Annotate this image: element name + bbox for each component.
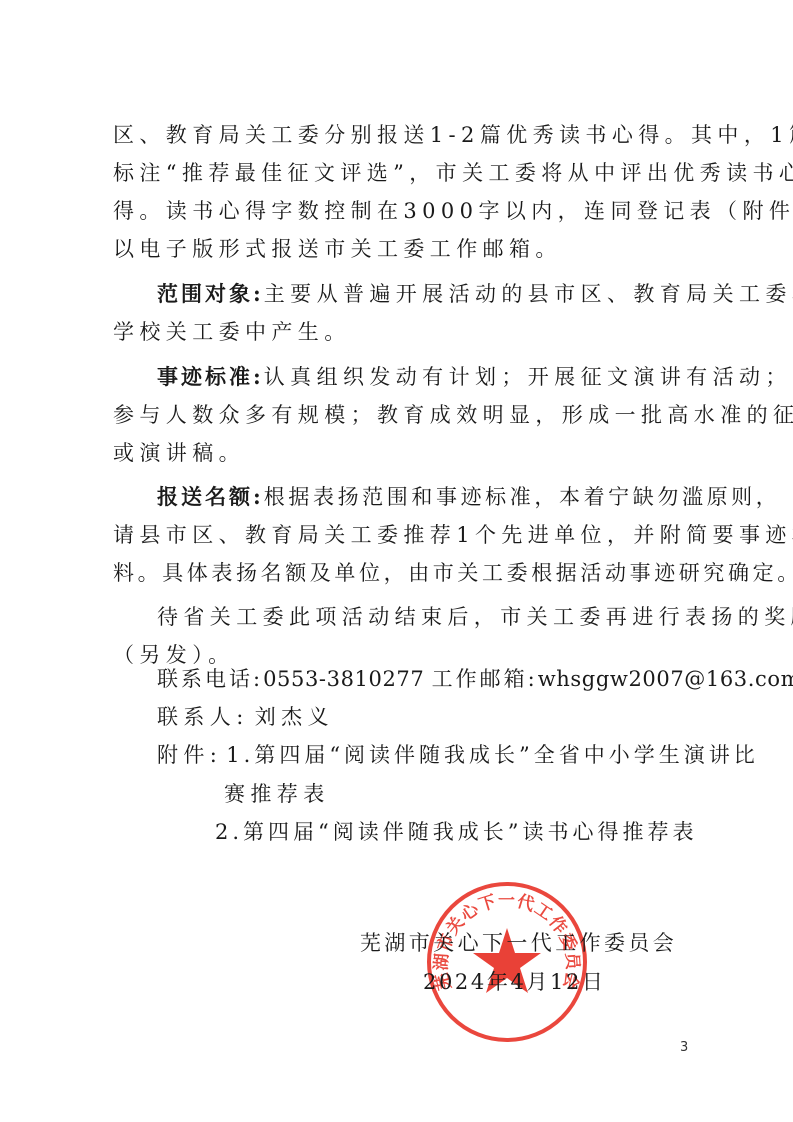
attachments-line: 附件:1.第四届“阅读伴随我成长”全省中小学生演讲比 <box>157 742 737 768</box>
person-label: 联系人: <box>157 705 249 729</box>
attachments-label: 附件: <box>157 743 222 767</box>
quota-text: 根据表扬范围和事迹标准，本着宁缺勿滥原则， <box>264 485 781 509</box>
phone-number: 0553-3810277 <box>263 667 424 691</box>
official-seal-icon: 芜湖市关心下一代工作委员会 <box>425 880 589 1044</box>
person-name: 刘杰义 <box>255 705 334 729</box>
email-label: 工作邮箱: <box>432 667 538 691</box>
attachment-item-1-cont: 赛推荐表 <box>224 781 793 807</box>
criteria-label: 事迹标准: <box>157 364 264 389</box>
quota-paragraph: 报送名额:根据表扬范围和事迹标准，本着宁缺勿滥原则， <box>157 484 737 510</box>
body-line: 以电子版形式报送市关工委工作邮箱。 <box>113 236 693 262</box>
scope-paragraph: 范围对象:主要从普遍开展活动的县市区、教育局关工委、 <box>157 281 737 307</box>
signature-date: 2024年4月12日 <box>423 969 606 995</box>
body-line: 或演讲稿。 <box>113 440 693 466</box>
page-number: 3 <box>680 1040 688 1055</box>
criteria-paragraph: 事迹标准:认真组织发动有计划；开展征文演讲有活动； <box>157 364 737 390</box>
signature-org: 芜湖市关心下一代工作委员会 <box>360 930 677 956</box>
body-line: 得。读书心得字数控制在3000字以内，连同登记表（附件2）， <box>113 198 693 224</box>
attachment-item-2: 2.第四届“阅读伴随我成长”读书心得推荐表 <box>215 819 793 845</box>
contact-person-line: 联系人:刘杰义 <box>157 704 737 730</box>
body-line: 参与人数众多有规模；教育成效明显，形成一批高水准的征文 <box>113 402 693 428</box>
phone-label: 联系电话: <box>157 667 263 691</box>
quota-label: 报送名额: <box>157 484 264 509</box>
attachment-item-1: 1.第四届“阅读伴随我成长”全省中小学生演讲比 <box>226 743 759 767</box>
body-line: 待省关工委此项活动结束后，市关工委再进行表扬的奖励 <box>157 604 737 630</box>
body-line: 请县市区、教育局关工委推荐1个先进单位，并附简要事迹材 <box>113 522 693 548</box>
contact-line: 联系电话:0553-3810277 工作邮箱:whsggw2007@163.co… <box>157 666 737 692</box>
email-address: whsggw2007@163.com <box>538 667 793 691</box>
scope-label: 范围对象: <box>157 281 264 306</box>
scope-text: 主要从普遍开展活动的县市区、教育局关工委、 <box>264 282 793 306</box>
body-line: 标注“推荐最佳征文评选”，市关工委将从中评出优秀读书心 <box>113 160 693 186</box>
document-page: 区、教育局关工委分别报送1-2篇优秀读书心得。其中，1篇 标注“推荐最佳征文评选… <box>0 0 793 1122</box>
criteria-text: 认真组织发动有计划；开展征文演讲有活动； <box>264 365 792 389</box>
body-line: 区、教育局关工委分别报送1-2篇优秀读书心得。其中，1篇 <box>113 122 693 148</box>
body-line: 学校关工委中产生。 <box>113 319 693 345</box>
body-line: 料。具体表扬名额及单位，由市关工委根据活动事迹研究确定。 <box>113 560 693 586</box>
body-line: （另发）。 <box>113 642 693 668</box>
